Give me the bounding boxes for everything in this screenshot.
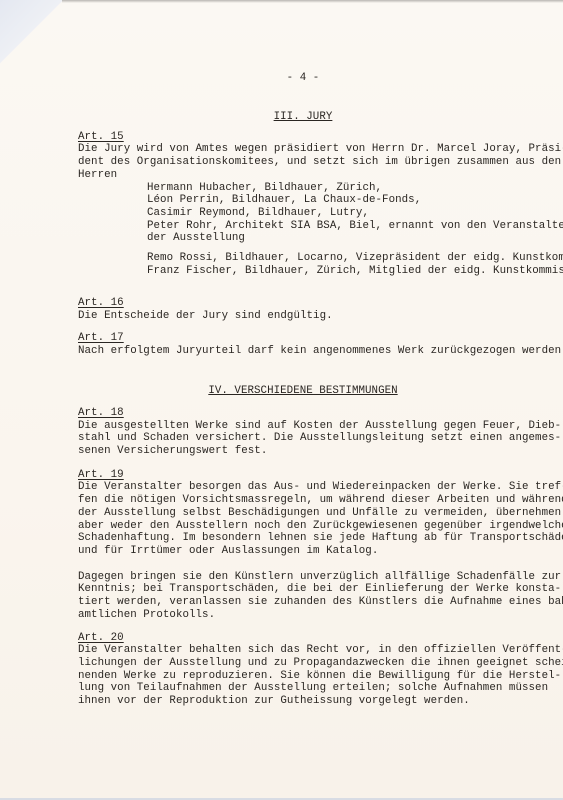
- article-text-line: Die Entscheide der Jury sind endgültig.: [78, 310, 548, 323]
- article-text-line: senen Versicherungswert fest.: [78, 445, 548, 458]
- article-text-line: dent des Organisationskomitees, und setz…: [78, 156, 548, 169]
- jury-member: Léon Perrin, Bildhauer, La Chaux-de-Fond…: [78, 194, 548, 207]
- article-15: Art. 15 Die Jury wird von Amtes wegen pr…: [78, 131, 548, 278]
- jury-member: Franz Fischer, Bildhauer, Zürich, Mitgli…: [78, 265, 548, 278]
- article-text-line: Die Jury wird von Amtes wegen präsidiert…: [78, 143, 548, 156]
- article-text-line: ihnen vor der Reproduktion zur Gutheissu…: [78, 695, 548, 708]
- article-text-line: Dagegen bringen sie den Künstlern unverz…: [78, 571, 548, 584]
- article-text-line: Die Veranstalter behalten sich das Recht…: [78, 644, 548, 657]
- section-title-jury: III. JURY: [98, 111, 508, 124]
- page-number: - 4 -: [98, 72, 508, 85]
- article-20: Art. 20 Die Veranstalter behalten sich d…: [78, 632, 548, 708]
- article-text-line: fen die nötigen Vorsichtsmassregeln, um …: [78, 494, 548, 507]
- article-17: Art. 17 Nach erfolgtem Juryurteil darf k…: [78, 332, 548, 357]
- article-text-line: Herren: [78, 169, 548, 182]
- page-corner-fold: [0, 0, 64, 64]
- document-body: - 4 - III. JURY Art. 15 Die Jury wird vo…: [78, 72, 548, 708]
- article-18: Art. 18 Die ausgestellten Werke sind auf…: [78, 407, 548, 458]
- article-text-line: Die ausgestellten Werke sind auf Kosten …: [78, 420, 548, 433]
- article-heading: Art. 19: [78, 469, 548, 482]
- jury-member: Remo Rossi, Bildhauer, Locarno, Vizepräs…: [78, 252, 548, 265]
- jury-member-continued: der Ausstellung: [78, 232, 548, 245]
- article-text-line: Nach erfolgtem Juryurteil darf kein ange…: [78, 345, 548, 358]
- article-text-line: lung von Teilaufnahmen der Ausstellung e…: [78, 682, 548, 695]
- section-title-misc: IV. VERSCHIEDENE BESTIMMUNGEN: [98, 385, 508, 398]
- article-16: Art. 16 Die Entscheide der Jury sind end…: [78, 297, 548, 322]
- jury-member: Hermann Hubacher, Bildhauer, Zürich,: [78, 182, 548, 195]
- jury-member: Peter Rohr, Architekt SIA BSA, Biel, ern…: [78, 220, 548, 233]
- article-text-line: der Ausstellung selbst Beschädigungen un…: [78, 507, 548, 520]
- article-text-line: stahl und Schaden versichert. Die Ausste…: [78, 432, 548, 445]
- article-text-line: nenden Werke zu reproduzieren. Sie könne…: [78, 670, 548, 683]
- article-text-line: Kenntnis; bei Transportschäden, die bei …: [78, 583, 548, 596]
- jury-member: Casimir Reymond, Bildhauer, Lutry,: [78, 207, 548, 220]
- article-19: Art. 19 Die Veranstalter besorgen das Au…: [78, 469, 548, 622]
- article-heading: Art. 18: [78, 407, 548, 420]
- article-text-line: amtlichen Protokolls.: [78, 609, 548, 622]
- article-text-line: tiert werden, veranlassen sie zuhanden d…: [78, 596, 548, 609]
- article-text-line: lichungen der Ausstellung und zu Propaga…: [78, 657, 548, 670]
- article-heading: Art. 20: [78, 632, 548, 645]
- page-top-edge: [62, 0, 563, 3]
- article-heading: Art. 15: [78, 131, 548, 144]
- article-text-line: aber weder den Ausstellern noch den Zurü…: [78, 520, 548, 533]
- article-text-line: Schadenhaftung. Im besondern lehnen sie …: [78, 532, 548, 545]
- article-heading: Art. 17: [78, 332, 548, 345]
- document-page: - 4 - III. JURY Art. 15 Die Jury wird vo…: [0, 0, 563, 800]
- article-text-line: und für Irrtümer oder Auslassungen im Ka…: [78, 545, 548, 558]
- article-heading: Art. 16: [78, 297, 548, 310]
- article-text-line: Die Veranstalter besorgen das Aus- und W…: [78, 481, 548, 494]
